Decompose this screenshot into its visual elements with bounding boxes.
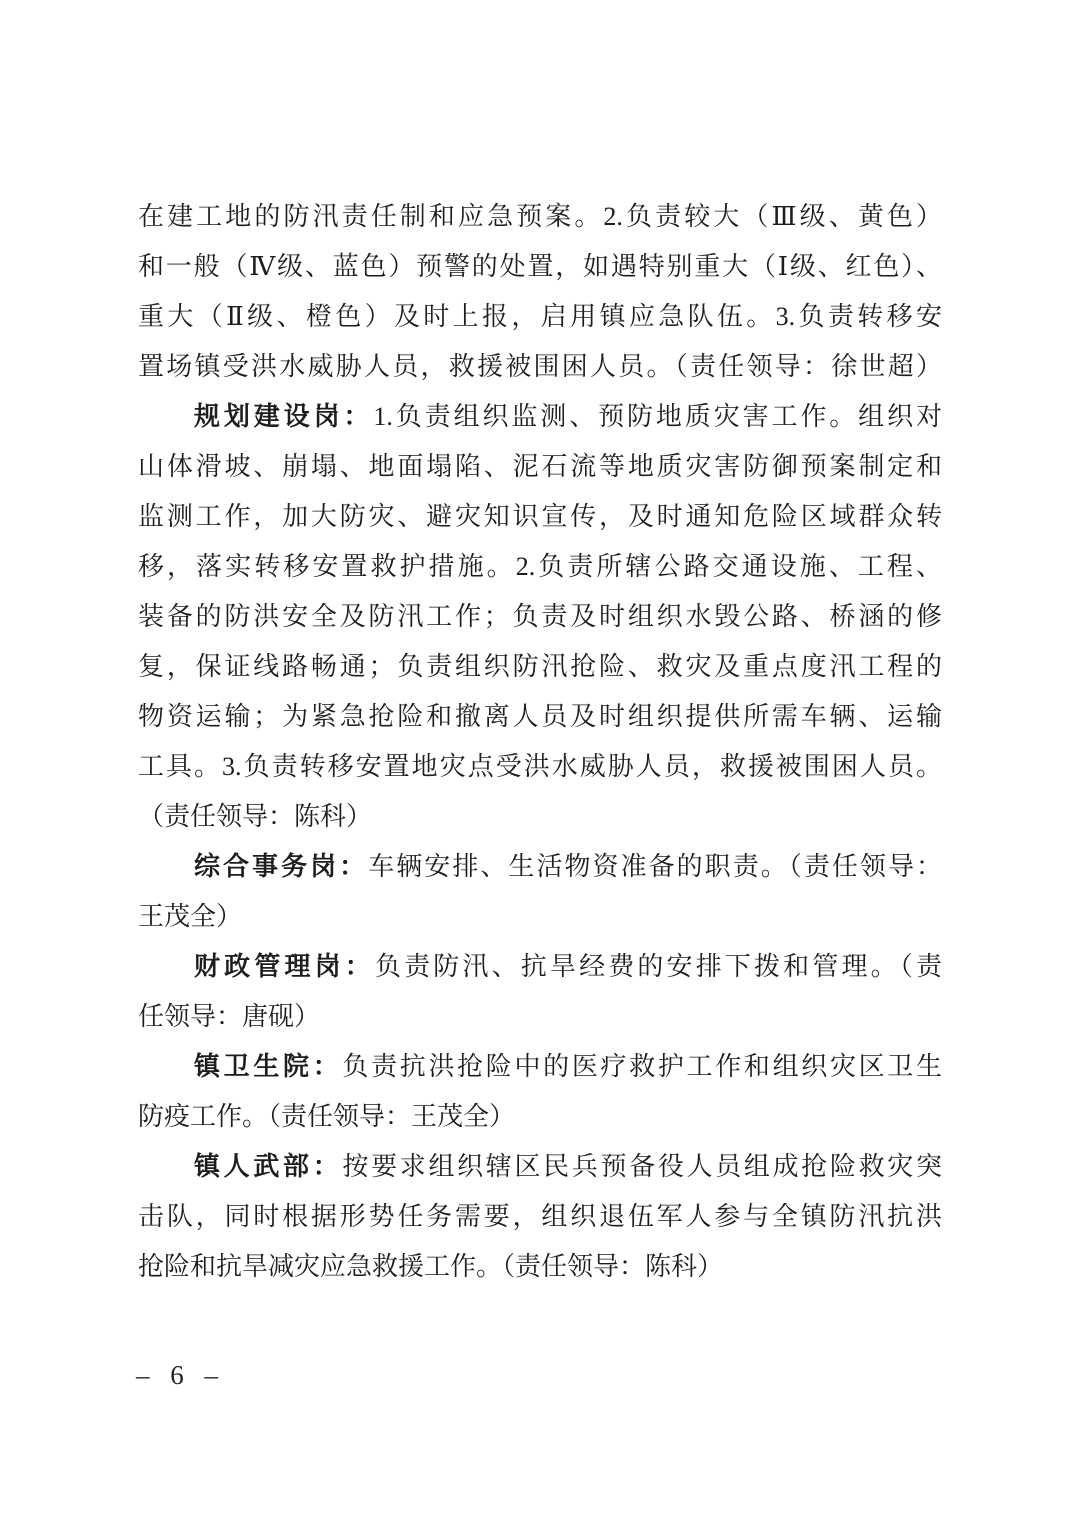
text-line: 镇人武部：按要求组织辖区民兵预备役人员组成抢险救灾突 — [138, 1142, 942, 1192]
text-line: 财政管理岗：负责防汛、抗旱经费的安排下拨和管理。（责 — [138, 942, 942, 992]
text-line: 镇卫生院：负责抗洪抢险中的医疗救护工作和组织灾区卫生 — [138, 1042, 942, 1092]
text-line: 复，保证线路畅通；负责组织防汛抢险、救灾及重点度汛工程的 — [138, 642, 942, 692]
paragraph-heading: 综合事务岗： — [194, 852, 368, 881]
line-text: 负责防汛、抗旱经费的安排下拨和管理。（责 — [375, 952, 942, 981]
line-text: 在建工地的防汛责任制和应急预案。2.负责较大（Ⅲ级、黄色） — [138, 202, 942, 231]
line-text: 击队，同时根据形势任务需要，组织退伍军人参与全镇防汛抗洪 — [138, 1202, 942, 1231]
text-line: 抢险和抗旱减灾应急救援工作。（责任领导：陈科） — [138, 1242, 942, 1292]
text-line: 在建工地的防汛责任制和应急预案。2.负责较大（Ⅲ级、黄色） — [138, 192, 942, 242]
line-text: 复，保证线路畅通；负责组织防汛抢险、救灾及重点度汛工程的 — [138, 652, 942, 681]
document-body: 在建工地的防汛责任制和应急预案。2.负责较大（Ⅲ级、黄色）和一般（Ⅳ级、蓝色）预… — [138, 192, 942, 1292]
text-line: 规划建设岗：1.负责组织监测、预防地质灾害工作。组织对 — [138, 392, 942, 442]
line-text: 山体滑坡、崩塌、地面塌陷、泥石流等地质灾害防御预案制定和 — [138, 452, 942, 481]
line-text: 和一般（Ⅳ级、蓝色）预警的处置，如遇特别重大（Ⅰ级、红色）、 — [138, 252, 942, 281]
text-line: 击队，同时根据形势任务需要，组织退伍军人参与全镇防汛抗洪 — [138, 1192, 942, 1242]
paragraph-heading: 财政管理岗： — [194, 952, 375, 981]
page-number: – 6 – — [136, 1360, 225, 1391]
document-page: 在建工地的防汛责任制和应急预案。2.负责较大（Ⅲ级、黄色）和一般（Ⅳ级、蓝色）预… — [0, 0, 1074, 1520]
line-text: （责任领导：陈科） — [138, 802, 372, 831]
text-line: 综合事务岗：车辆安排、生活物资准备的职责。（责任领导： — [138, 842, 942, 892]
text-line: 任领导：唐砚） — [138, 992, 942, 1042]
text-line: （责任领导：陈科） — [138, 792, 942, 842]
text-line: 置场镇受洪水威胁人员，救援被围困人员。（责任领导：徐世超） — [138, 342, 942, 392]
line-text: 任领导：唐砚） — [138, 1002, 320, 1031]
text-line: 监测工作，加大防灾、避灾知识宣传，及时通知危险区域群众转 — [138, 492, 942, 542]
paragraph-heading: 规划建设岗： — [194, 402, 373, 431]
line-text: 重大（Ⅱ级、橙色）及时上报，启用镇应急队伍。3.负责转移安 — [138, 302, 942, 331]
text-line: 重大（Ⅱ级、橙色）及时上报，启用镇应急队伍。3.负责转移安 — [138, 292, 942, 342]
line-text: 防疫工作。（责任领导：王茂全） — [138, 1102, 515, 1131]
text-line: 山体滑坡、崩塌、地面塌陷、泥石流等地质灾害防御预案制定和 — [138, 442, 942, 492]
text-line: 物资运输；为紧急抢险和撤离人员及时组织提供所需车辆、运输 — [138, 692, 942, 742]
text-line: 移，落实转移安置救护措施。2.负责所辖公路交通设施、工程、 — [138, 542, 942, 592]
line-text: 监测工作，加大防灾、避灾知识宣传，及时通知危险区域群众转 — [138, 502, 942, 531]
line-text: 1.负责组织监测、预防地质灾害工作。组织对 — [373, 402, 942, 431]
line-text: 王茂全） — [138, 902, 242, 931]
text-line: 工具。3.负责转移安置地灾点受洪水威胁人员，救援被围困人员。 — [138, 742, 942, 792]
line-text: 移，落实转移安置救护措施。2.负责所辖公路交通设施、工程、 — [138, 552, 942, 581]
line-text: 物资运输；为紧急抢险和撤离人员及时组织提供所需车辆、运输 — [138, 702, 942, 731]
text-line: 和一般（Ⅳ级、蓝色）预警的处置，如遇特别重大（Ⅰ级、红色）、 — [138, 242, 942, 292]
line-text: 置场镇受洪水威胁人员，救援被围困人员。（责任领导：徐世超） — [138, 352, 942, 381]
paragraph-heading: 镇人武部： — [194, 1152, 342, 1181]
line-text: 工具。3.负责转移安置地灾点受洪水威胁人员，救援被围困人员。 — [138, 752, 942, 781]
line-text: 抢险和抗旱减灾应急救援工作。（责任领导：陈科） — [138, 1252, 723, 1281]
line-text: 负责抗洪抢险中的医疗救护工作和组织灾区卫生 — [342, 1052, 942, 1081]
text-line: 装备的防洪安全及防汛工作；负责及时组织水毁公路、桥涵的修 — [138, 592, 942, 642]
text-line: 防疫工作。（责任领导：王茂全） — [138, 1092, 942, 1142]
line-text: 按要求组织辖区民兵预备役人员组成抢险救灾突 — [342, 1152, 942, 1181]
line-text: 装备的防洪安全及防汛工作；负责及时组织水毁公路、桥涵的修 — [138, 602, 942, 631]
text-line: 王茂全） — [138, 892, 942, 942]
paragraph-heading: 镇卫生院： — [194, 1052, 342, 1081]
line-text: 车辆安排、生活物资准备的职责。（责任领导： — [368, 852, 942, 881]
